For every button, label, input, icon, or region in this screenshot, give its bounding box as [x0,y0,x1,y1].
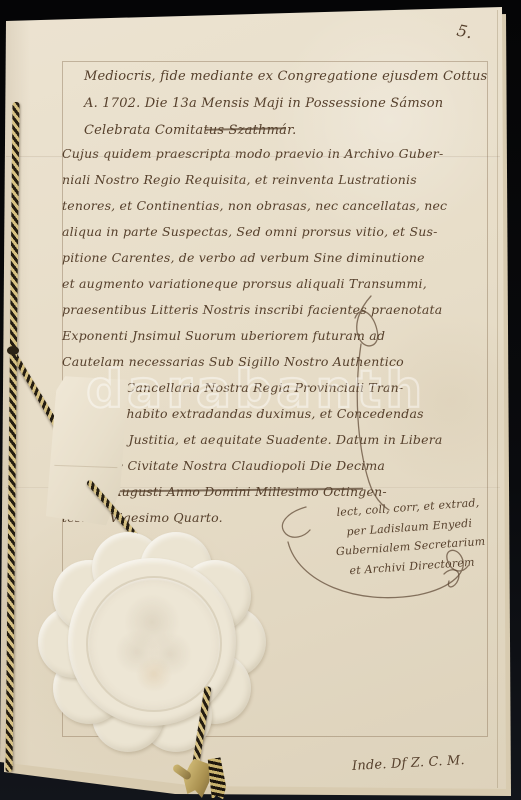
manuscript-line: Cujus quidem praescripta modo praevio in… [62,141,447,167]
header-paragraph: Mediocris, fide mediante ex Congregation… [84,63,487,144]
manuscript-line: pitione Carentes, de verbo ad verbum Sin… [62,245,447,271]
manuscript-line: praesentibus Litteris Nostris inscribi f… [62,297,447,323]
clerk-attestation-block: lect, coll, corr, et extrad,per Ladislau… [313,491,508,582]
auction-watermark: darabanth [86,360,426,420]
manuscript-line: Mediocris, fide mediante ex Congregation… [84,63,487,90]
manuscript-line: Exponenti Jnsimul Suorum uberiorem futur… [62,323,447,349]
manuscript-line: tenores, et Continentias, non obrasas, n… [62,193,447,219]
paper-edge-shadow [497,10,498,788]
manuscript-line: A. 1702. Die 13a Mensis Maji in Possessi… [84,90,487,117]
manuscript-line: aliqua in parte Suspectas, Sed omni pror… [62,219,447,245]
manuscript-line: niali Nostro Regio Requisita, et reinven… [62,167,447,193]
manuscript-line: Celebrata Comitatus Szathmár. [84,117,487,144]
cord-knot [7,346,19,355]
seal-coat-of-arms-relief [102,592,202,692]
embossed-paper-seal [42,538,262,748]
manuscript-line: et augmento variationeque prorsus aliqua… [62,271,447,297]
scanned-document: 5. Mediocris, fide mediante ex Congregat… [0,0,521,800]
